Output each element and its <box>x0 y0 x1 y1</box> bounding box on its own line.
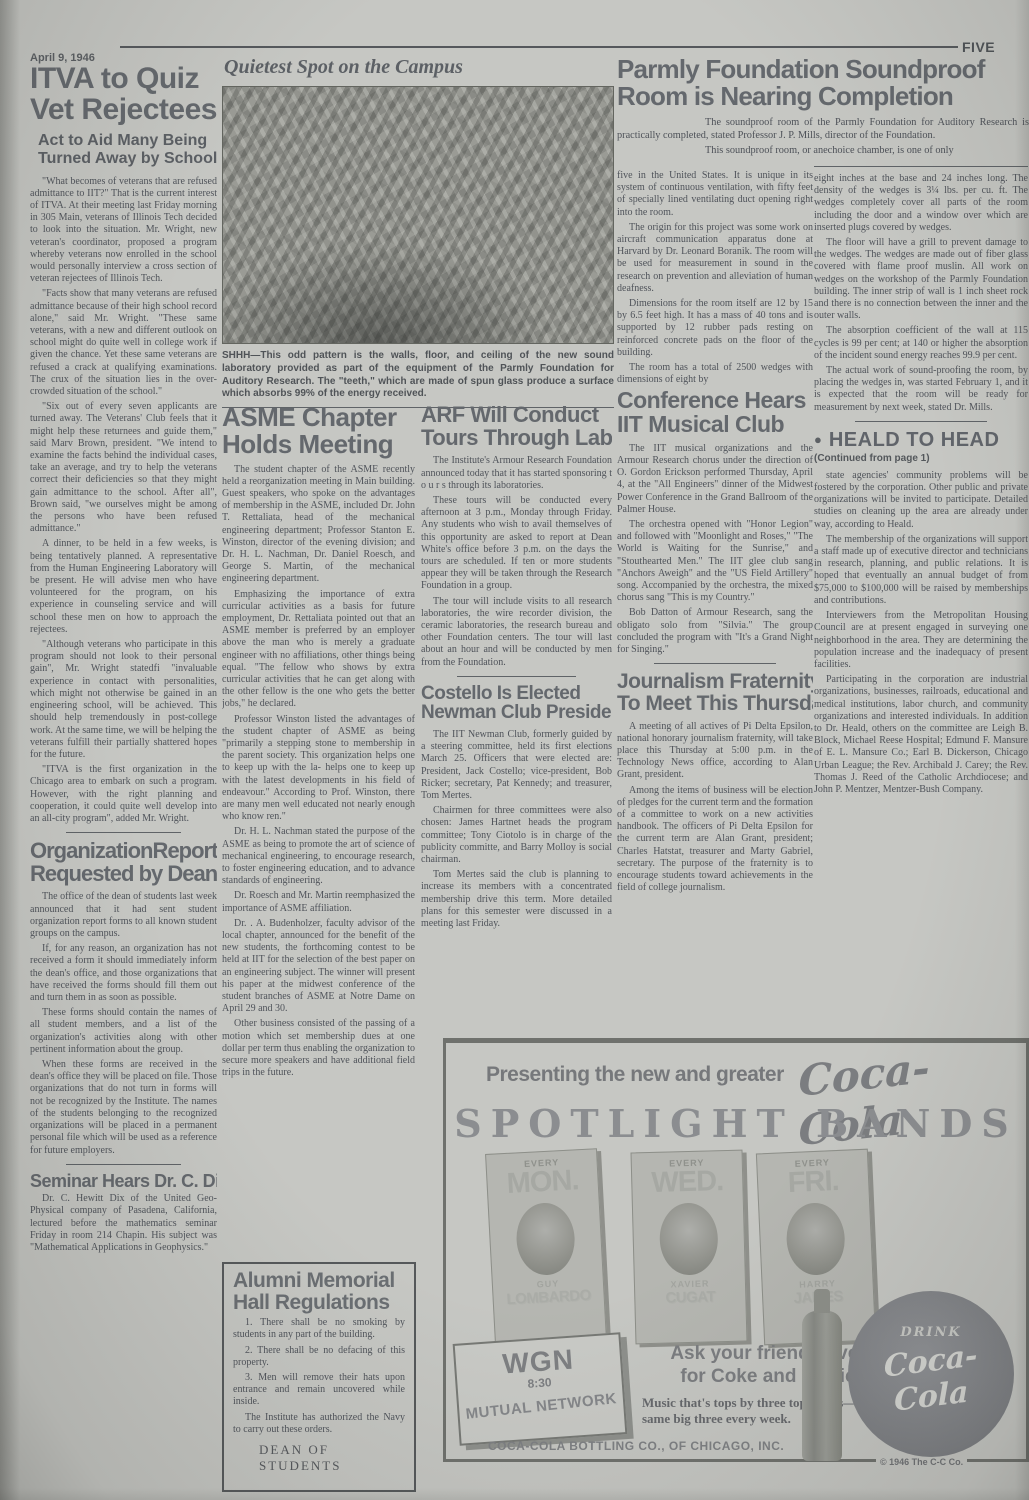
heald-continued-note: (Continued from page 1) <box>814 453 1028 464</box>
seminar-body: Dr. C. Hewitt Dix of the United Geo-Phys… <box>30 1193 217 1254</box>
paragraph: Dimensions for the room itself are 12 by… <box>617 298 813 359</box>
alumni-headline: Alumni Memorial Hall Regulations <box>233 1270 405 1313</box>
alumni-signature: DEAN OF STUDENTS <box>259 1442 405 1474</box>
itva-body: "What becomes of veterans that are refus… <box>30 176 217 826</box>
rule-item: 3. Men will remove their hats upon entra… <box>233 1372 405 1409</box>
anechoic-chamber-photo <box>222 86 614 344</box>
panel-day-label: MON. <box>487 1165 598 1200</box>
coke-bottle-illustration <box>802 1311 842 1461</box>
paragraph: "Six out of every seven applicants are t… <box>30 401 217 535</box>
paragraph: A dinner, to be held in a few weeks, is … <box>30 538 217 636</box>
heald-headline: ● HEALD TO HEAD <box>814 429 1028 452</box>
paragraph: Among the items of business will be elec… <box>617 785 813 895</box>
paragraph: The tour will include visits to all rese… <box>421 596 612 669</box>
paragraph: The room has a total of 2500 wedges with… <box>617 362 813 386</box>
paragraph: Dr. H. L. Nachman stated the purpose of … <box>222 826 415 887</box>
itva-headline: ITVA to Quiz Vet Rejectees <box>30 64 217 126</box>
paragraph: "Although veterans who participate in th… <box>30 639 217 761</box>
paragraph: These forms should contain the names of … <box>30 1007 217 1056</box>
rule-item: 2. There shall be no defacing of this pr… <box>233 1345 405 1369</box>
paragraph: The student chapter of the ASME recently… <box>222 464 415 586</box>
paragraph: Bob Datton of Armour Research, sang the … <box>617 607 813 656</box>
article-journalism: Journalism Fraternity To Meet This Thurs… <box>617 671 813 894</box>
paragraph: These tours will be conducted every afte… <box>421 495 612 593</box>
conference-body: The IIT musical organizations and the Ar… <box>617 443 813 656</box>
article-conference: Conference Hears IIT Musical Club The II… <box>617 389 813 656</box>
section-divider <box>855 421 988 422</box>
paragraph: Dr. C. Hewitt Dix of the United Geo-Phys… <box>30 1193 217 1254</box>
ad-presenting-text: Presenting the new and greater <box>486 1063 784 1087</box>
parmly-body-b: eight inches at the base and 24 inches l… <box>814 173 1028 414</box>
paragraph: The office of the dean of students last … <box>30 891 217 940</box>
article-arf: ARF Will Conduct Tours Through Labs The … <box>421 404 612 669</box>
journalism-headline: Journalism Fraternity To Meet This Thurs… <box>617 671 813 714</box>
paragraph: The Institute's Armour Research Foundati… <box>421 455 612 492</box>
arf-body: The Institute's Armour Research Foundati… <box>421 455 612 668</box>
paragraph: Participating in the corporation are ind… <box>814 674 1028 796</box>
spotlight-bands-title: SPOTLIGHT BANDS <box>446 1101 1026 1146</box>
drink-coca-cola-disc: DRINK Coca-Cola <box>848 1291 1014 1457</box>
panel-day-label: WED. <box>632 1167 743 1199</box>
paragraph: A meeting of all actives of Pi Delta Eps… <box>617 721 813 782</box>
band-leader-portrait <box>659 1202 719 1275</box>
paragraph: The origin for this project was some wor… <box>617 222 813 295</box>
paragraph: "Facts show that many veterans are refus… <box>30 288 217 398</box>
artist-last-name: CUGAT <box>635 1288 745 1308</box>
journalism-body: A meeting of all actives of Pi Delta Eps… <box>617 721 813 895</box>
paragraph: The IIT musical organizations and the Ar… <box>617 443 813 516</box>
paragraph: If, for any reason, an organization has … <box>30 943 217 1004</box>
column-rule <box>814 166 1028 167</box>
lead-paragraph: This soundproof room, or anechoice chamb… <box>617 144 1029 157</box>
paragraph: state agencies' community problems will … <box>814 470 1028 531</box>
article-asme: ASME Chapter Holds Meeting The student c… <box>222 404 415 1079</box>
alumni-rules: 1. There shall be no smoking by students… <box>233 1317 405 1408</box>
parmly-lead: The soundproof room of the Parmly Founda… <box>617 116 1029 157</box>
band-leader-portrait <box>515 1202 577 1277</box>
conference-headline: Conference Hears IIT Musical Club <box>617 389 813 436</box>
article-org-reports: Organization Reports Requested by Dean T… <box>30 840 217 1157</box>
org-reports-headline: Organization Reports Requested by Dean <box>30 840 217 885</box>
band-leader-portrait <box>785 1202 846 1276</box>
photo-title: Quietest Spot on the Campus <box>224 56 614 78</box>
disc-coca-cola-logo: Coca-Cola <box>848 1334 1014 1425</box>
column-3: ARF Will Conduct Tours Through Labs The … <box>421 404 612 1032</box>
itva-subhead: Act to Aid Many Being Turned Away by Sch… <box>38 132 217 169</box>
paragraph: "What becomes of veterans that are refus… <box>30 176 217 286</box>
lead-paragraph: The soundproof room of the Parmly Founda… <box>617 116 1029 142</box>
article-seminar: Seminar Hears Dr. C. Dix Dr. C. Hewitt D… <box>30 1172 217 1255</box>
arf-headline: ARF Will Conduct Tours Through Labs <box>421 404 612 449</box>
section-divider <box>654 663 776 664</box>
paragraph: Dr. . A. Budenholzer, faculty advisor of… <box>222 918 415 1016</box>
bullet-icon: ● <box>814 432 822 448</box>
asme-headline: ASME Chapter Holds Meeting <box>222 404 415 458</box>
org-reports-body: The office of the dean of students last … <box>30 891 217 1156</box>
column-2: ASME Chapter Holds Meeting The student c… <box>222 404 415 1256</box>
top-rule <box>120 46 958 48</box>
section-divider <box>66 832 182 833</box>
newspaper-page: April 9, 1946 FIVE ITVA to Quiz Vet Reje… <box>0 0 1029 1500</box>
costello-body: The IIT Newman Club, formerly guided by … <box>421 729 612 930</box>
paragraph: Interviewers from the Metropolitan Housi… <box>814 610 1028 671</box>
article-costello: Costello Is Elected Newman Club Presiden… <box>421 684 612 930</box>
band-panel: EVERY MON. GUY LOMBARDO <box>485 1148 607 1346</box>
photo-caption: SHHH—This odd pattern is the walls, floo… <box>222 350 614 408</box>
coca-cola-advertisement: Presenting the new and greater Coca-Cola… <box>443 1038 1029 1462</box>
alumni-closing: The Institute has authorized the Navy to… <box>233 1412 405 1436</box>
section-divider <box>457 676 575 677</box>
seminar-headline: Seminar Hears Dr. C. Dix <box>30 1172 217 1191</box>
paragraph: Chairmen for three committees were also … <box>421 805 612 866</box>
panel-day-label: FRI. <box>758 1166 869 1200</box>
band-panel: EVERY WED. XAVIER CUGAT <box>631 1150 748 1345</box>
paragraph: Professor Winston listed the advantages … <box>222 714 415 824</box>
paragraph: Other business consisted of the passing … <box>222 1018 415 1079</box>
article-heald: ● HEALD TO HEAD (Continued from page 1) … <box>814 429 1028 796</box>
column-4: five in the United States. It is unique … <box>617 170 813 1034</box>
paragraph: The actual work of sound-proofing the ro… <box>814 365 1028 414</box>
paragraph: The membership of the organizations will… <box>814 534 1028 607</box>
paragraph: The orchestra opened with "Honor Legion"… <box>617 519 813 604</box>
wgn-station-sign: WGN 8:30 MUTUAL NETWORK <box>453 1332 628 1445</box>
parmly-headline: Parmly Foundation Soundproof Room is Nea… <box>617 56 1029 110</box>
network-name: MUTUAL NETWORK <box>459 1389 624 1423</box>
paragraph: Dr. Roesch and Mr. Martin reemphasized t… <box>222 890 415 914</box>
paragraph: The IIT Newman Club, formerly guided by … <box>421 729 612 802</box>
paragraph: five in the United States. It is unique … <box>617 170 813 219</box>
article-itva: ITVA to Quiz Vet Rejectees Act to Aid Ma… <box>30 64 217 825</box>
paragraph: "ITVA is the first organization in the C… <box>30 764 217 825</box>
parmly-body-a: five in the United States. It is unique … <box>617 170 813 386</box>
costello-headline: Costello Is Elected Newman Club Presiden… <box>421 684 612 723</box>
bottler-line: COCA-COLA BOTTLING CO., OF CHICAGO, INC. <box>488 1439 784 1453</box>
rule-item: 1. There shall be no smoking by students… <box>233 1317 405 1341</box>
column-5: eight inches at the base and 24 inches l… <box>814 166 1028 1034</box>
paragraph: Emphasizing the importance of extra curr… <box>222 589 415 711</box>
heald-body: state agencies' community problems will … <box>814 470 1028 796</box>
paragraph: The absorption coefficient of the wall a… <box>814 325 1028 362</box>
paragraph: When these forms are received in the dea… <box>30 1059 217 1157</box>
asme-body: The student chapter of the ASME recently… <box>222 464 415 1080</box>
section-divider <box>66 1164 182 1165</box>
ad-copyright: © 1946 The C-C Co. <box>876 1457 967 1467</box>
paragraph: Tom Mertes said the club is planning to … <box>421 869 612 930</box>
photo-feature: Quietest Spot on the Campus SHHH—This od… <box>222 56 614 408</box>
column-1: ITVA to Quiz Vet Rejectees Act to Aid Ma… <box>30 64 217 1494</box>
alumni-regulations-box: Alumni Memorial Hall Regulations 1. Ther… <box>222 1262 416 1492</box>
page-date: April 9, 1946 <box>30 52 95 64</box>
article-parmly-head: Parmly Foundation Soundproof Room is Nea… <box>617 56 1029 159</box>
paragraph: eight inches at the base and 24 inches l… <box>814 173 1028 234</box>
page-number: FIVE <box>962 39 995 55</box>
paragraph: The floor will have a grill to prevent d… <box>814 237 1028 322</box>
